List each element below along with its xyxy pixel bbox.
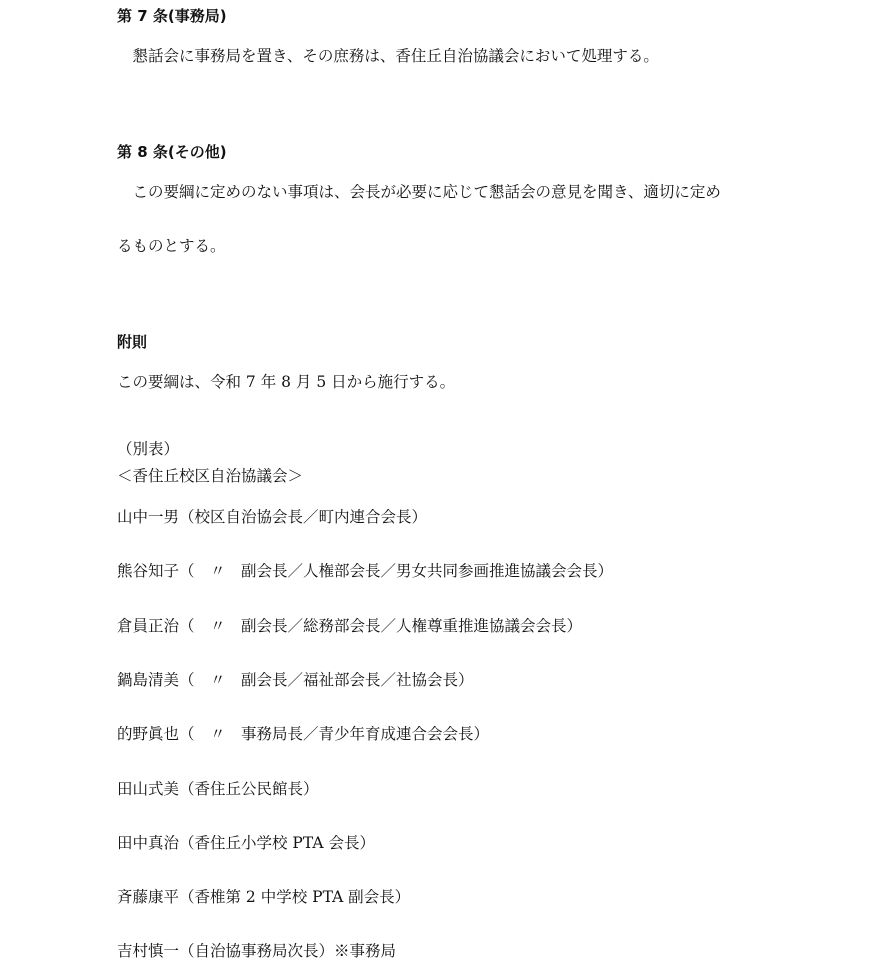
- member-list-item: 田中真治（香住丘小学校 PTA 会長）: [117, 833, 375, 853]
- member-list-item: 的野眞也（ 〃 事務局長／青少年育成連合会会長）: [117, 724, 489, 744]
- member-list-item: 斉藤康平（香椎第 2 中学校 PTA 副会長）: [117, 887, 410, 907]
- supplementary-heading: 附則: [117, 332, 147, 352]
- appendix-org-title: ＜香住丘校区自治協議会＞: [117, 466, 303, 486]
- article-8-body-line-1: この要綱に定めのない事項は、会長が必要に応じて懇話会の意見を聞き、適切に定め: [117, 182, 721, 202]
- supplementary-body: この要綱は、令和 7 年 8 月 5 日から施行する。: [117, 372, 455, 392]
- appendix-label: （別表）: [117, 439, 179, 459]
- member-list-item: 田山式美（香住丘公民館長）: [117, 779, 319, 799]
- article-7-body: 懇話会に事務局を置き、その庶務は、香住丘自治協議会において処理する。: [117, 46, 659, 66]
- member-list-item: 山中一男（校区自治協会長／町内連合会長）: [117, 507, 427, 527]
- article-7-heading: 第 7 条(事務局): [117, 6, 227, 26]
- member-list-item: 鍋島清美（ 〃 副会長／福祉部会長／社協会長）: [117, 670, 474, 690]
- member-list-item: 倉員正治（ 〃 副会長／総務部会長／人権尊重推進協議会会長）: [117, 616, 582, 636]
- member-list-item: 熊谷知子（ 〃 副会長／人権部会長／男女共同参画推進協議会会長）: [117, 561, 613, 581]
- member-list-item: 吉村慎一（自治協事務局次長）※事務局: [117, 941, 396, 961]
- article-8-heading: 第 8 条(その他): [117, 142, 227, 162]
- article-8-body-line-2: るものとする。: [117, 236, 226, 256]
